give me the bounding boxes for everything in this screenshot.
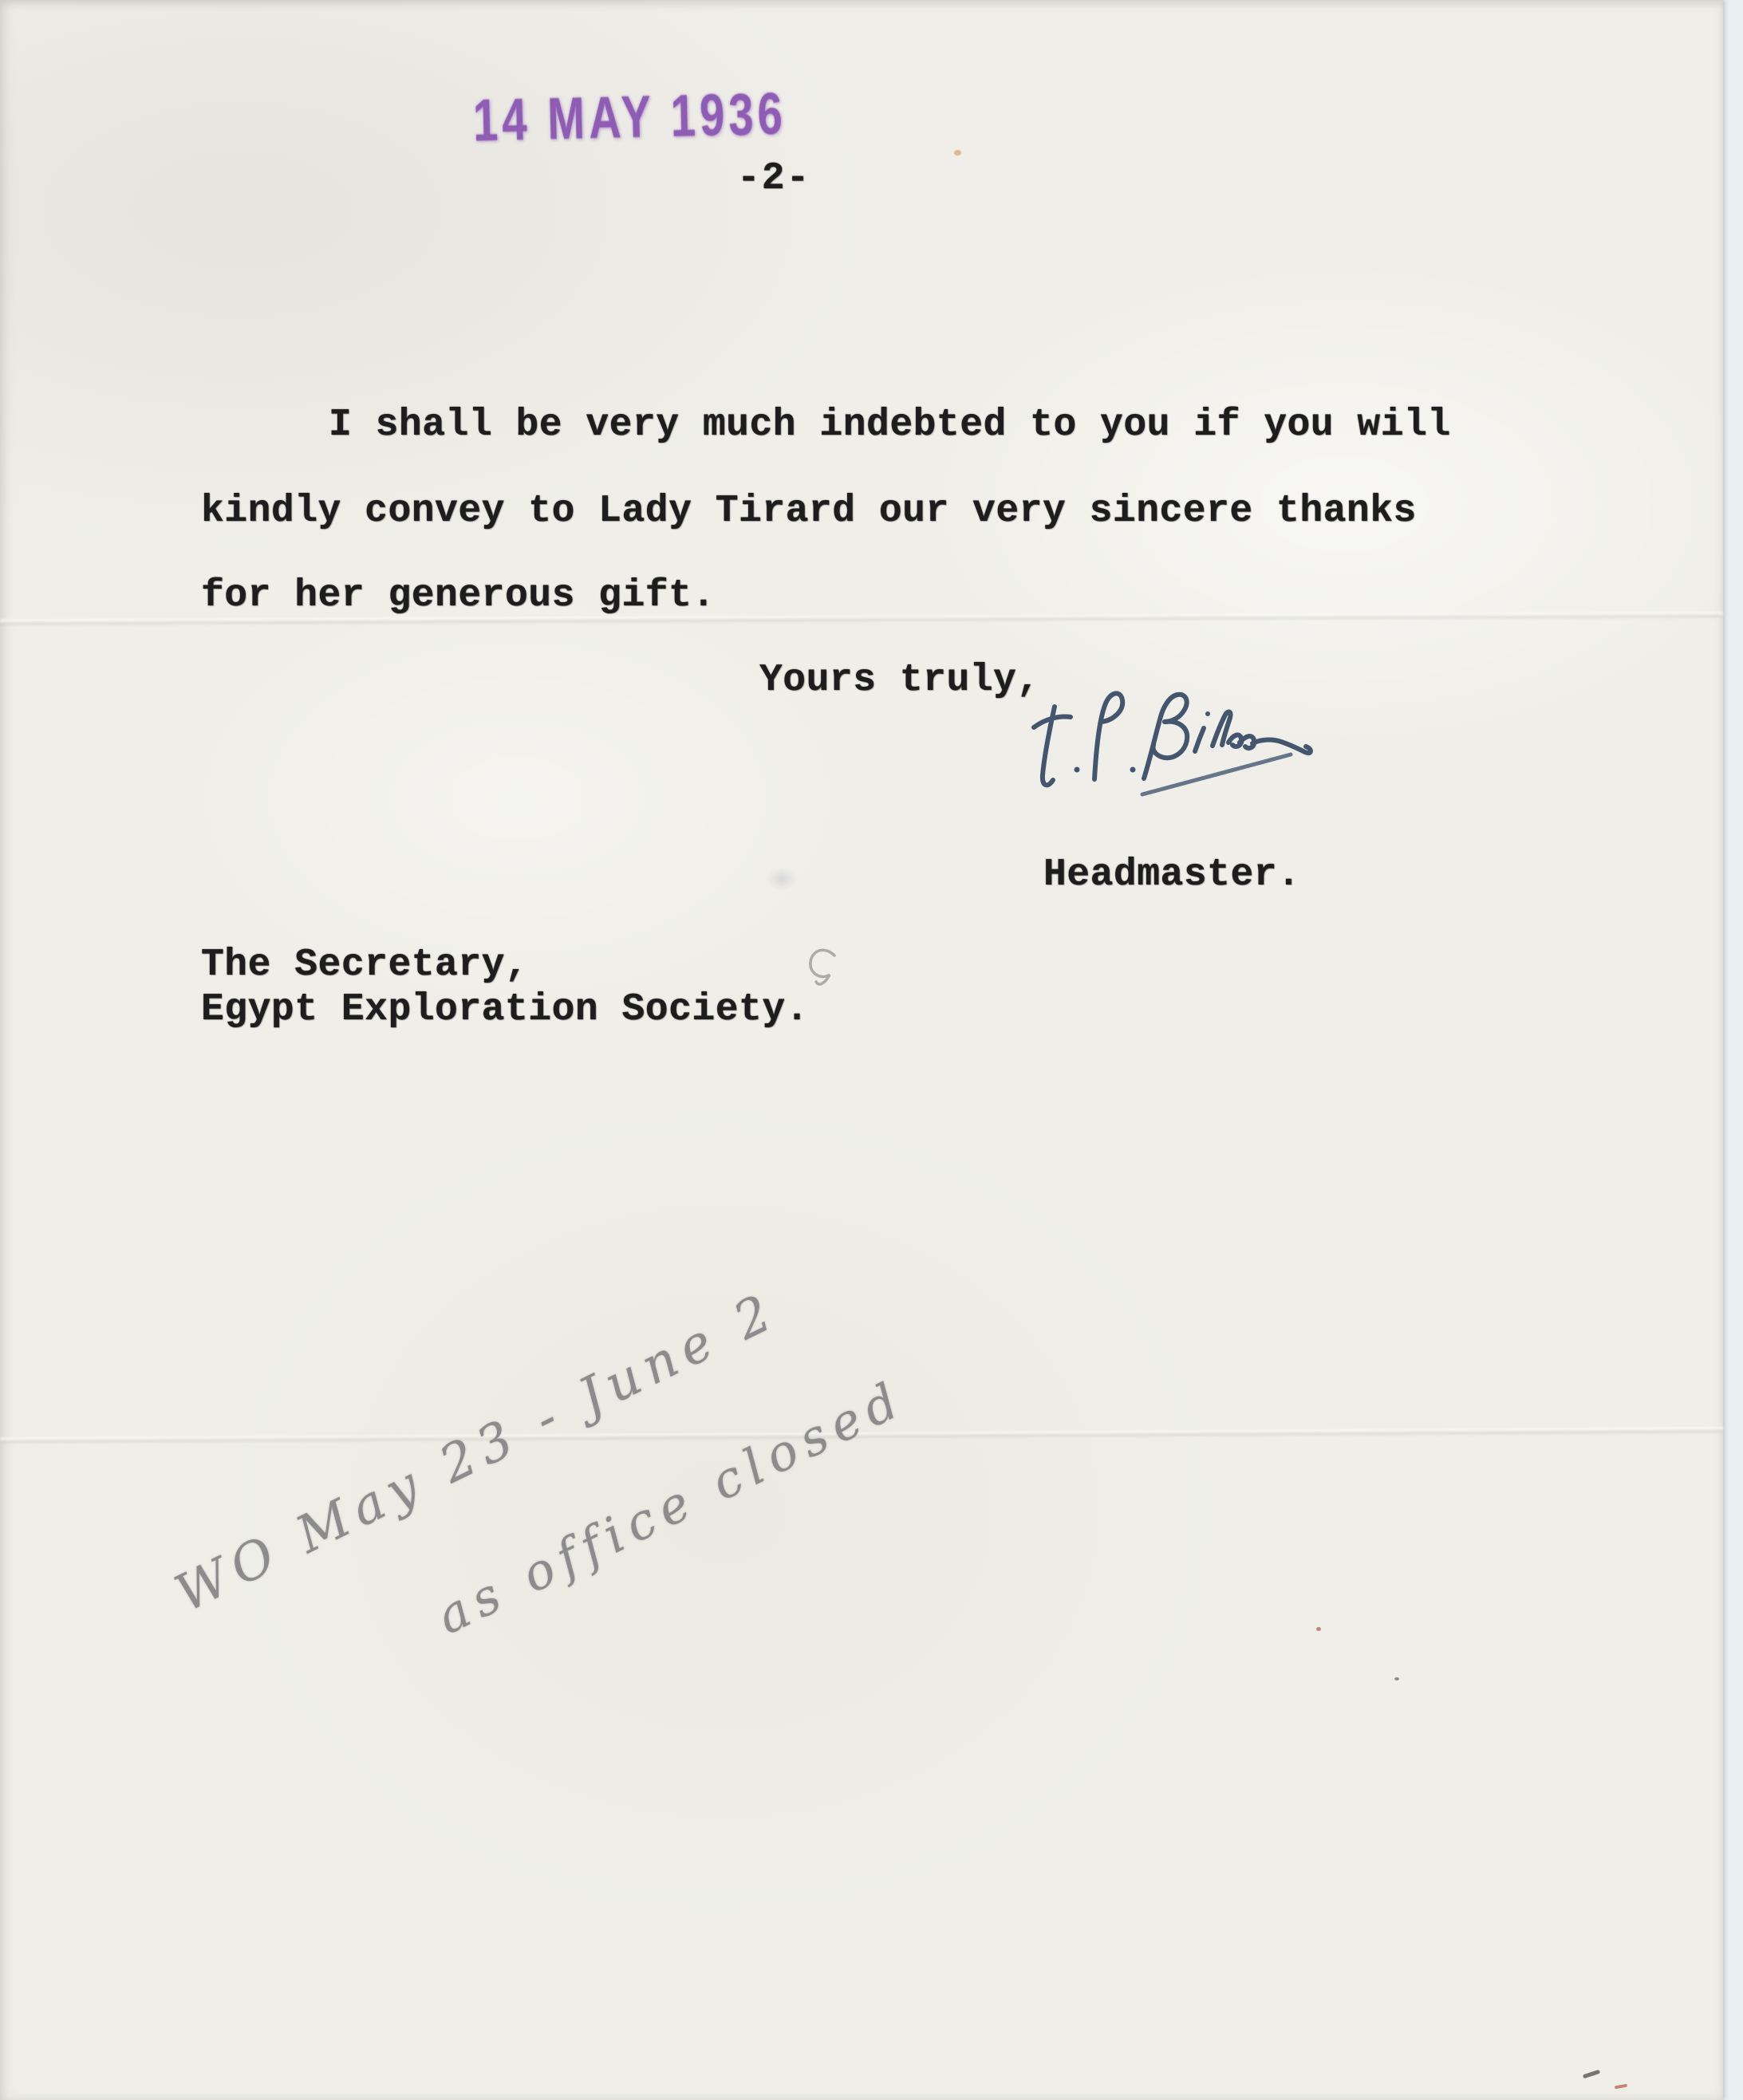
signer-title: Headmaster. [1043, 853, 1300, 897]
paper-speck [1583, 2070, 1600, 2079]
paper-speck [1394, 1677, 1399, 1680]
paper-speck [1615, 2084, 1627, 2090]
recipient-line: The Secretary, [201, 944, 528, 987]
body-line: for her generous gift. [201, 574, 716, 618]
body-line: I shall be very much indebted to you if … [329, 404, 1451, 447]
date-stamp: 14 MAY 1936 [472, 79, 787, 154]
paper-smudge [759, 863, 804, 895]
paper-speck [954, 150, 961, 156]
paper-speck [1316, 1627, 1321, 1631]
page-number: -2- [737, 157, 810, 201]
closing-salutation: Yours truly, [759, 659, 1040, 703]
letter-paper: 14 MAY 1936 -2- I shall be very much ind… [0, 0, 1723, 2100]
pencil-check-mark [802, 944, 847, 996]
recipient-line: Egypt Exploration Society. [201, 988, 809, 1032]
body-line: kindly convey to Lady Tirard our very si… [201, 490, 1417, 534]
scanned-letter-page: { "page": { "stamp_date": "14 MAY 1936",… [0, 0, 1743, 2100]
signature-ink [1023, 675, 1326, 814]
